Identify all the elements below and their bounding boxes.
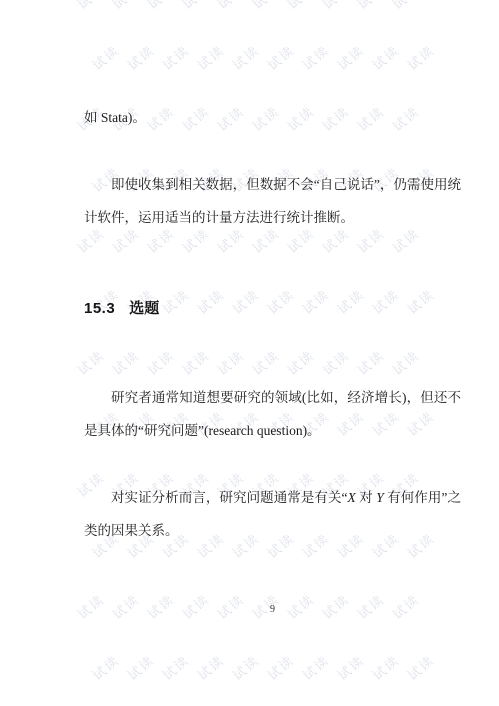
watermark-text: 试读 xyxy=(158,40,193,74)
watermark-text: 试读 xyxy=(123,40,158,74)
section-number: 15.3 xyxy=(84,300,115,317)
watermark-text: 试读 xyxy=(228,40,263,74)
watermark-text: 试读 xyxy=(283,0,318,13)
watermark-text: 试读 xyxy=(88,40,123,74)
watermark-text: 试读 xyxy=(368,40,403,74)
watermark-text: 试读 xyxy=(318,345,353,379)
watermark-text: 试读 xyxy=(333,40,368,74)
x-variable: X xyxy=(348,490,356,505)
page-number: 9 xyxy=(84,604,461,616)
watermark-text: 试读 xyxy=(388,0,423,13)
watermark-text: 试读 xyxy=(73,0,108,13)
watermark-text: 试读 xyxy=(193,650,228,684)
causal-prefix: 对实证分析而言，研究问题通常是有关“ xyxy=(111,490,348,505)
watermark-text: 试读 xyxy=(73,345,108,379)
section-heading: 15.3选题 xyxy=(84,299,461,319)
watermark-text: 试读 xyxy=(333,650,368,684)
watermark-text: 试读 xyxy=(178,0,213,13)
paragraph-continuation: 如 Stata)。 xyxy=(84,101,461,134)
watermark-text: 试读 xyxy=(178,345,213,379)
watermark-text: 试读 xyxy=(158,650,193,684)
watermark-text: 试读 xyxy=(263,650,298,684)
watermark-text: 试读 xyxy=(388,345,423,379)
watermark-text: 试读 xyxy=(143,0,178,13)
watermark-text: 试读 xyxy=(298,40,333,74)
watermark-text: 试读 xyxy=(193,40,228,74)
watermark-text: 试读 xyxy=(88,650,123,684)
watermark-text: 试读 xyxy=(403,40,438,74)
watermark-text: 试读 xyxy=(283,345,318,379)
paragraph-statistics: 即使收集到相关数据，但数据不会“自己说话”，仍需使用统计软件，运用适当的计量方法… xyxy=(84,168,461,234)
watermark-text: 试读 xyxy=(143,345,178,379)
y-variable: Y xyxy=(376,490,384,505)
watermark-text: 试读 xyxy=(228,650,263,684)
watermark-text: 试读 xyxy=(213,0,248,13)
watermark-text: 试读 xyxy=(353,345,388,379)
watermark-text: 试读 xyxy=(108,345,143,379)
watermark-text: 试读 xyxy=(368,650,403,684)
watermark-text: 试读 xyxy=(298,650,333,684)
document-page: 试读试读试读试读试读试读试读试读试读试读试读试读试读试读试读试读试读试读试读试读… xyxy=(0,0,499,706)
watermark-text: 试读 xyxy=(263,40,298,74)
watermark-text: 试读 xyxy=(248,345,283,379)
watermark-text: 试读 xyxy=(248,0,283,13)
paragraph-causal-question: 对实证分析而言，研究问题通常是有关“X 对 Y 有何作用”之类的因果关系。 xyxy=(84,481,461,547)
paragraph-research-area: 研究者通常知道想要研究的领域(比如，经济增长)，但还不是具体的“研究问题”(re… xyxy=(84,381,461,447)
causal-mid: 对 xyxy=(356,490,376,505)
watermark-text: 试读 xyxy=(108,0,143,13)
section-title: 选题 xyxy=(129,300,159,317)
watermark-text: 试读 xyxy=(403,650,438,684)
watermark-text: 试读 xyxy=(213,345,248,379)
watermark-text: 试读 xyxy=(318,0,353,13)
watermark-text: 试读 xyxy=(353,0,388,13)
watermark-text: 试读 xyxy=(123,650,158,684)
